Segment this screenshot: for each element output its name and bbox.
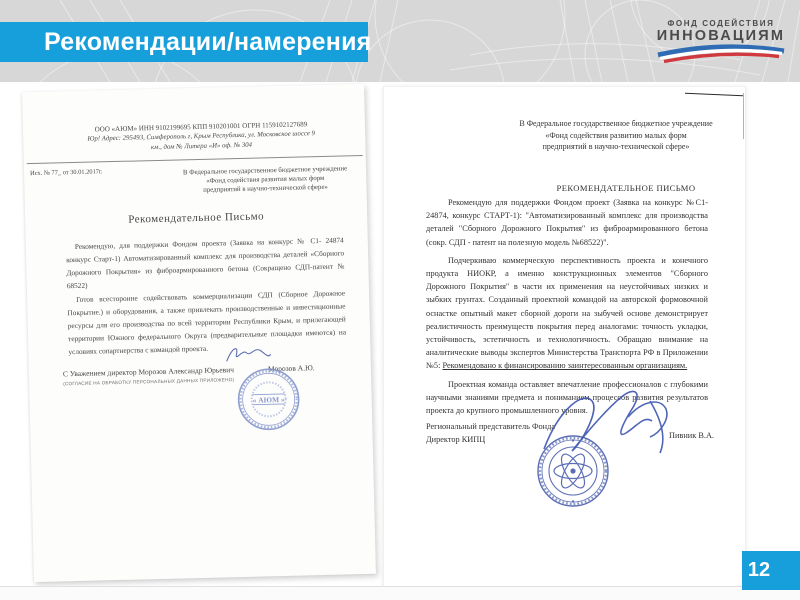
representative-signature-icon bbox=[532, 387, 702, 472]
company-stamp-icon: « АЮМ » bbox=[236, 367, 302, 433]
page-number: 12 bbox=[748, 559, 770, 582]
underlined-recommendation: Рекомендовано к финансированию заинтерес… bbox=[442, 361, 687, 370]
outgoing-ref-number: Исх. № 77_ от 30.01.2017г. bbox=[30, 168, 103, 177]
flag-swoosh-icon bbox=[655, 44, 787, 64]
right-paragraph-2: Подчеркиваю коммерческую перспективность… bbox=[426, 254, 708, 373]
page-number-badge: 12 bbox=[742, 551, 800, 590]
director-signature-icon bbox=[224, 344, 272, 365]
header-band: Рекомендации/намерения ФОНД СОДЕЙСТВИЯ И… bbox=[0, 0, 800, 82]
right-letter-body: Рекомендую для поддержки Фондом проект (… bbox=[426, 196, 708, 417]
right-addressee-block: В Федеральное государственное бюджетное … bbox=[496, 118, 736, 153]
fund-logo-line1: ФОНД СОДЕЙСТВИЯ bbox=[650, 19, 792, 28]
addressee-line: В Федеральное государственное бюджетное … bbox=[496, 118, 736, 130]
footer-strip bbox=[0, 586, 800, 600]
left-letter-scan: ООО «АЮМ» ИНН 9102199695 КПП 910201001 О… bbox=[22, 84, 376, 582]
slide-title: Рекомендации/намерения bbox=[0, 28, 371, 57]
left-paragraph-2: Готов всесторонне содействовать коммерци… bbox=[67, 286, 347, 358]
fund-logo-line2: ИННОВАЦИЯМ bbox=[650, 28, 792, 44]
scan-edge-artifact bbox=[685, 93, 743, 97]
paragraph-2-text: Подчеркиваю коммерческую перспективность… bbox=[426, 256, 708, 371]
left-paragraph-1: Рекомендую, для поддержки Фондом проекта… bbox=[66, 233, 345, 292]
scan-edge-artifact bbox=[743, 93, 744, 139]
addressee-line: предприятий в научно-технической сфере» bbox=[496, 141, 736, 153]
right-paragraph-1: Рекомендую для поддержки Фондом проект (… bbox=[426, 196, 708, 249]
addressee-line: «Фонд содействия развитию малых форм bbox=[496, 130, 736, 142]
stamp-center-text: « АЮМ » bbox=[252, 395, 285, 405]
left-letter-body: Рекомендую, для поддержки Фондом проекта… bbox=[66, 233, 347, 358]
signature-text: С Уважением директор Морозов Александр Ю… bbox=[63, 365, 234, 378]
left-letter-header: ООО «АЮМ» ИНН 9102199695 КПП 910201001 О… bbox=[57, 118, 346, 155]
fund-logo: ФОНД СОДЕЙСТВИЯ ИННОВАЦИЯМ bbox=[650, 19, 792, 64]
slide-title-banner: Рекомендации/намерения bbox=[0, 22, 368, 62]
left-addressee-block: В Федеральное государственное бюджетное … bbox=[172, 164, 359, 196]
right-letter-title: РЕКОМЕНДАТЕЛЬНОЕ ПИСЬМО bbox=[506, 183, 746, 193]
left-letter-title: Рекомендательное Письмо bbox=[25, 208, 367, 228]
right-letter-scan: В Федеральное государственное бюджетное … bbox=[383, 86, 746, 594]
